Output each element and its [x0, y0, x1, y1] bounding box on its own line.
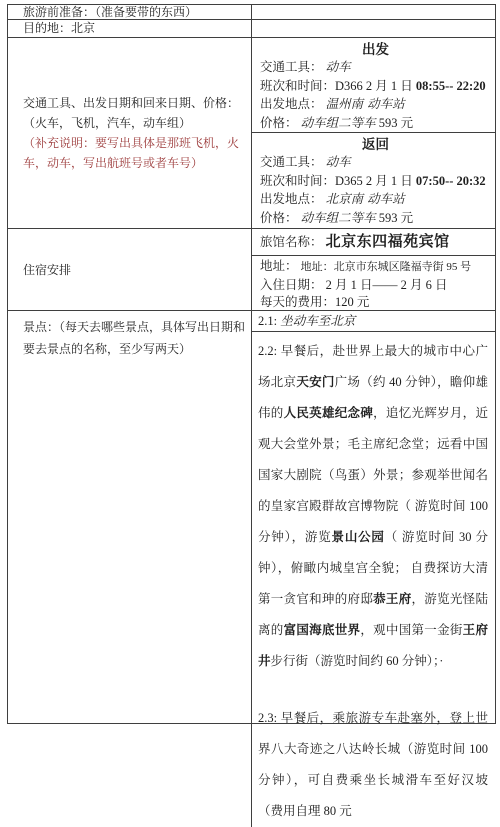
lodging-label-text: 住宿安排 [23, 260, 245, 280]
attractions-value-cell: 2.1: 坐动车至北京 2.2: 早餐后，赴世界上最大的城市中心广场北京天安门广… [252, 311, 495, 703]
preparation-value-cell [252, 5, 495, 19]
hotel-address-line: 地址： 地址：北京市东城区隆福寺街 95 号 [260, 258, 491, 277]
transport-value-cell: 出发 交通工具： 动车 班次和时间：D366 2 月 1 日 08:55-- 2… [252, 38, 495, 228]
depart-title: 出发 [260, 38, 491, 58]
destination-value-cell [252, 20, 495, 37]
attractions-label-text: 景点：（每天去哪些景点，具体写出日期和要去景点的名称，至少写两天） [23, 316, 245, 360]
return-schedule-line: 班次和时间：D365 2 月 1 日 07:50-- 20:32 [260, 172, 491, 191]
transport-label-note: （补充说明：要写出具体是那班飞机，火车，动车，写出航班号或者车号） [23, 133, 245, 173]
hotel-name-line: 旅馆名称： 北京东四福苑宾馆 [252, 229, 495, 256]
itinerary-day2-paragraph: 2.2: 早餐后，赴世界上最大的城市中心广场北京天安门广场（约 40 分钟），瞻… [258, 336, 488, 677]
lodging-label: 住宿安排 [8, 229, 252, 310]
itinerary-day1-line: 2.1: 坐动车至北京 [252, 311, 495, 332]
itinerary-details-block: 2.2: 早餐后，赴世界上最大的城市中心广场北京天安门广场（约 40 分钟），瞻… [252, 332, 495, 703]
row-attractions: 景点：（每天去哪些景点，具体写出日期和要去景点的名称，至少写两天） 2.1: 坐… [8, 311, 495, 703]
transport-label-main: 交通工具、出发日期和回来日期、价格：（火车，飞机，汽车，动车组） [23, 93, 245, 133]
lodging-details-block: 地址： 地址：北京市东城区隆福寺街 95 号 入住日期： 2 月 1 日—— 2… [252, 256, 495, 312]
row-lodging: 住宿安排 旅馆名称： 北京东四福苑宾馆 地址： 地址：北京市东城区隆福寺街 95… [8, 229, 495, 311]
travel-plan-table: 旅游前准备：（准备要带的东西） 目的地：北京 交通工具、出发日期和回来日期、价格… [7, 4, 496, 703]
row-transport: 交通工具、出发日期和回来日期、价格：（火车，飞机，汽车，动车组） （补充说明：要… [8, 38, 495, 229]
depart-price-line: 价格： 动车组二等车 593 元 [260, 114, 491, 133]
checkin-dates-line: 入住日期： 2 月 1 日—— 2 月 6 日 [260, 277, 491, 295]
depart-vehicle-line: 交通工具： 动车 [260, 58, 491, 77]
attractions-label: 景点：（每天去哪些景点，具体写出日期和要去景点的名称，至少写两天） [8, 311, 252, 703]
daily-cost-line: 每天的费用：120 元 [260, 294, 491, 312]
lodging-value-cell: 旅馆名称： 北京东四福苑宾馆 地址： 地址：北京市东城区隆福寺街 95 号 入住… [252, 229, 495, 310]
destination-label: 目的地：北京 [8, 20, 252, 37]
return-price-line: 价格： 动车组二等车 593 元 [260, 209, 491, 228]
depart-block: 出发 交通工具： 动车 班次和时间：D366 2 月 1 日 08:55-- 2… [252, 38, 495, 133]
depart-schedule-line: 班次和时间：D366 2 月 1 日 08:55-- 22:20 [260, 77, 491, 96]
return-block: 返回 交通工具： 动车 班次和时间：D365 2 月 1 日 07:50-- 2… [252, 133, 495, 228]
preparation-label: 旅游前准备：（准备要带的东西） [8, 5, 252, 19]
row-preparation: 旅游前准备：（准备要带的东西） [8, 5, 495, 20]
return-station-line: 出发地点： 北京南 动车站 [260, 190, 491, 209]
row-destination: 目的地：北京 [8, 20, 495, 38]
return-vehicle-line: 交通工具： 动车 [260, 153, 491, 172]
transport-label-cell: 交通工具、出发日期和回来日期、价格：（火车，飞机，汽车，动车组） （补充说明：要… [8, 38, 252, 228]
depart-station-line: 出发地点： 温州南 动车站 [260, 95, 491, 114]
return-title: 返回 [260, 133, 491, 153]
